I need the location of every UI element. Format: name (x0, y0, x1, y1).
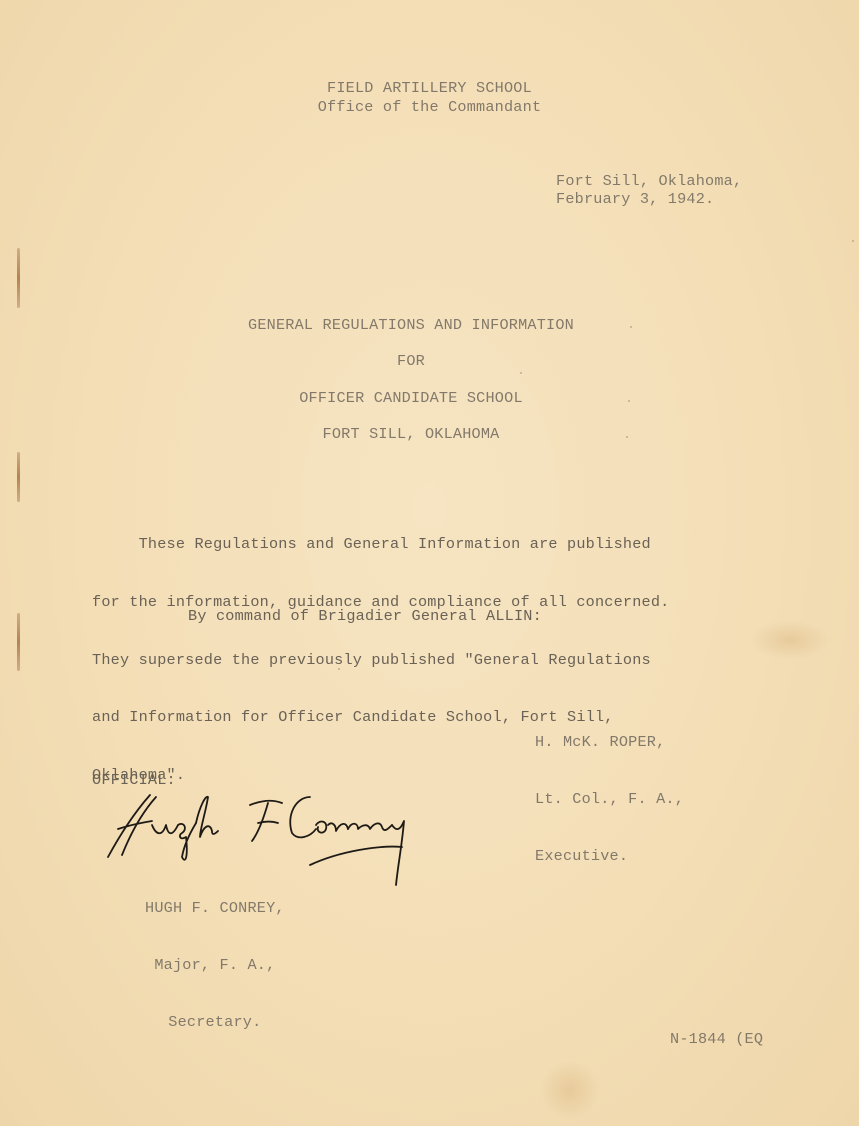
document-reference-number: N-1844 (EQ (670, 1030, 763, 1049)
official-name: HUGH F. CONREY, (145, 899, 285, 918)
speck (520, 372, 522, 374)
header-institution: FIELD ARTILLERY SCHOOL (0, 79, 859, 98)
document-title-line-1: GENERAL REGULATIONS AND INFORMATION (0, 316, 822, 335)
by-command-line: By command of Brigadier General ALLIN: (188, 607, 542, 626)
official-rank: Major, F. A., (145, 956, 285, 975)
paragraph-line: They supersede the previously published … (92, 651, 669, 670)
paper-stain (540, 1060, 600, 1120)
dateline-date: February 3, 1942. (556, 190, 714, 209)
speck (628, 400, 630, 402)
speck (626, 436, 628, 438)
executive-rank: Lt. Col., F. A., (535, 790, 684, 809)
binding-hole-mark (17, 613, 20, 671)
document-title-line-4: FORT SILL, OKLAHOMA (0, 425, 822, 444)
dateline-place: Fort Sill, Oklahoma, (556, 172, 742, 191)
paragraph-line: These Regulations and General Informatio… (92, 535, 669, 554)
speck (852, 240, 854, 242)
document-title-line-3: OFFICER CANDIDATE SCHOOL (0, 389, 822, 408)
document-title-line-2: FOR (0, 352, 822, 371)
paper-stain (750, 620, 830, 660)
binding-hole-mark (17, 452, 20, 502)
executive-signature-block: H. McK. ROPER, Lt. Col., F. A., Executiv… (535, 695, 684, 904)
header-office: Office of the Commandant (0, 98, 859, 117)
speck (338, 668, 340, 670)
binding-hole-mark (17, 248, 20, 308)
official-title: Secretary. (145, 1013, 285, 1032)
document-page: FIELD ARTILLERY SCHOOL Office of the Com… (0, 0, 859, 1126)
executive-title: Executive. (535, 847, 684, 866)
official-signature-block: HUGH F. CONREY, Major, F. A., Secretary. (145, 861, 285, 1070)
speck (630, 326, 632, 328)
executive-name: H. McK. ROPER, (535, 733, 684, 752)
